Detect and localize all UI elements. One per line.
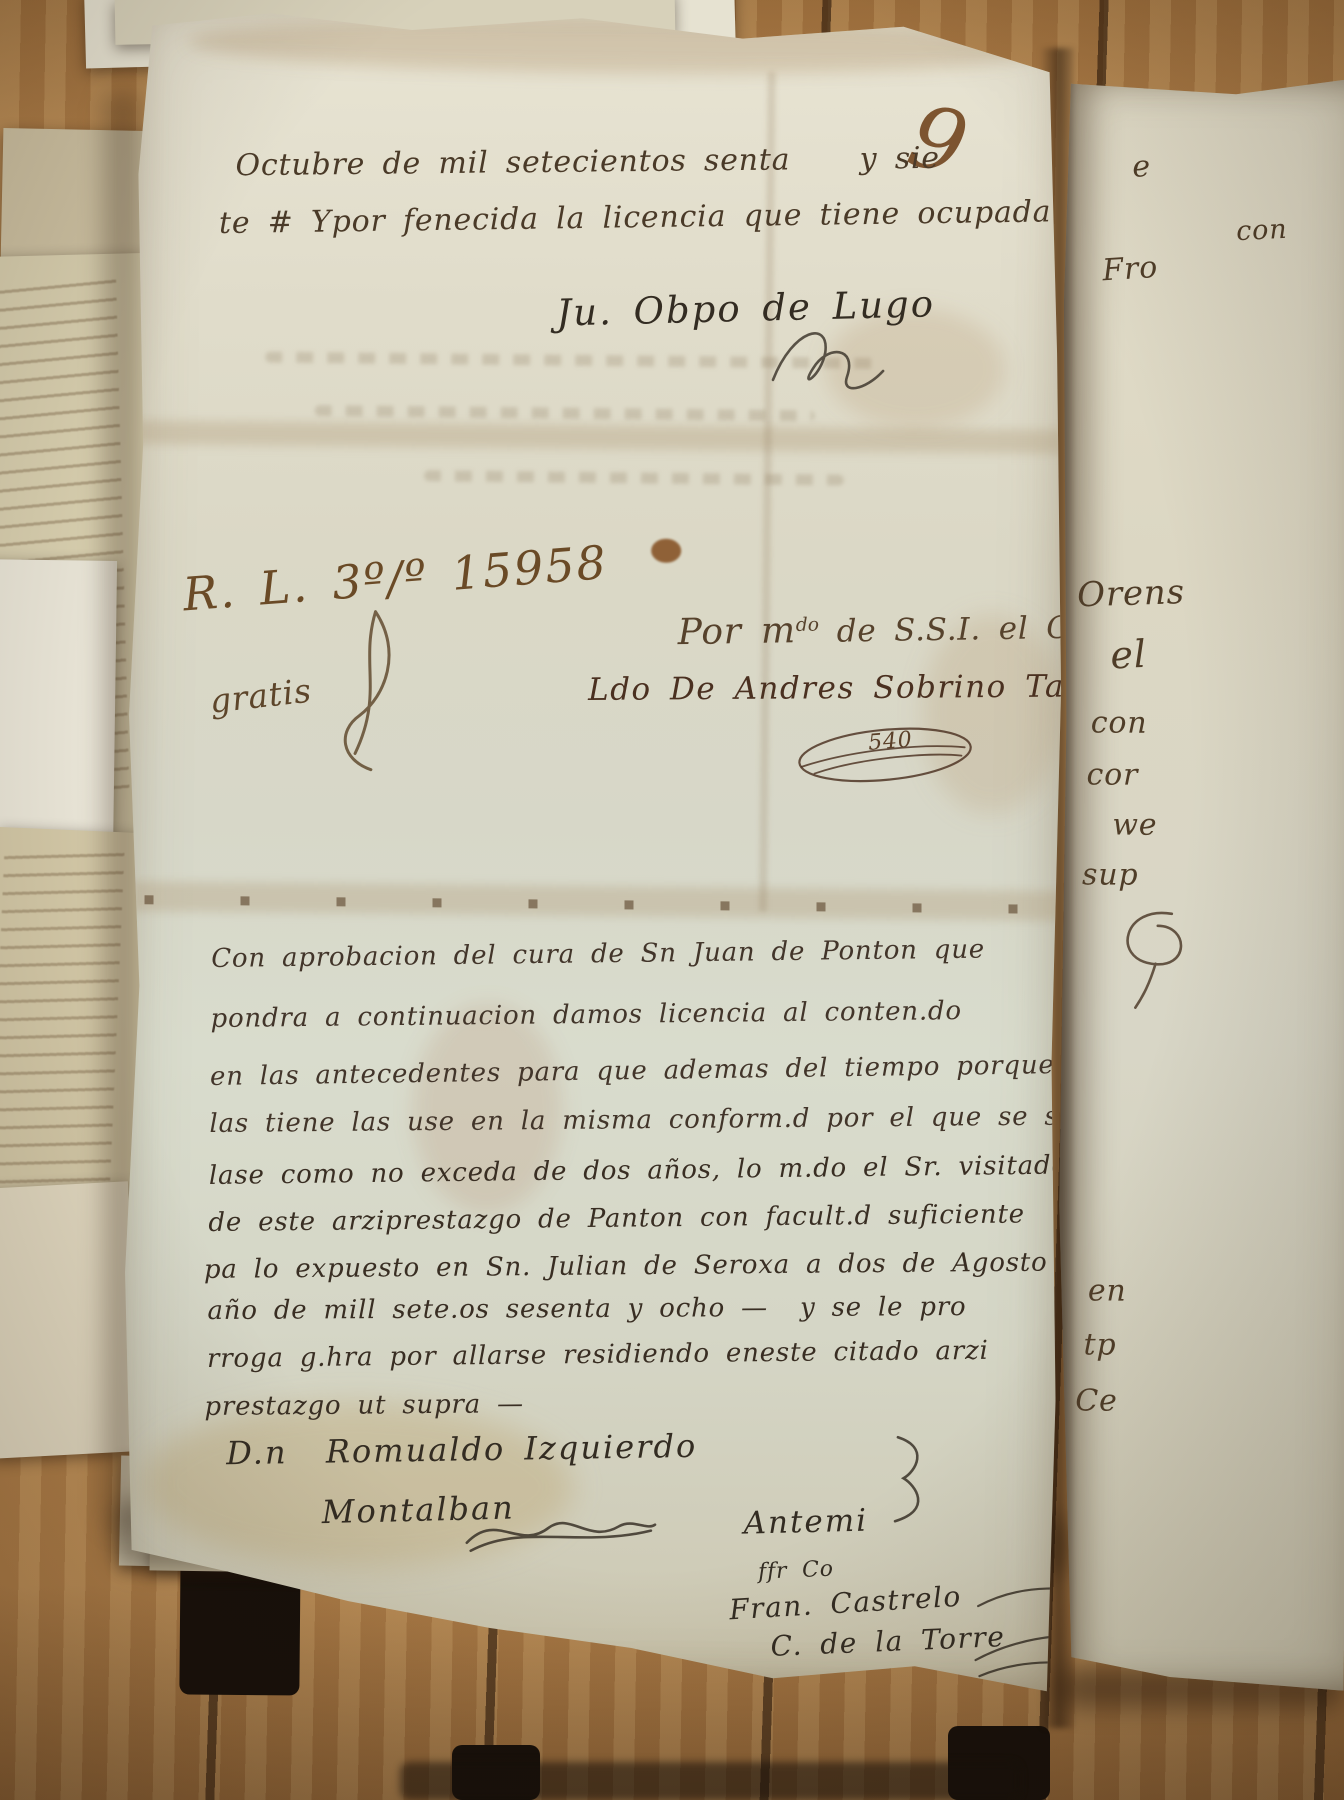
notary-abbreviation: ffr Co <box>758 1557 835 1585</box>
rubric-flourish <box>461 1499 662 1561</box>
oval-rubric-text: 540 <box>867 727 913 755</box>
body-text-line: Con aprobacion del cura de Sn Juan de Po… <box>211 935 985 974</box>
order-text: Por m <box>677 610 796 653</box>
cutoff-text: Ce <box>1075 1383 1117 1418</box>
cutoff-text: con <box>1091 705 1148 740</box>
body-text-line: rroga g.hra por allarse residiendo enest… <box>207 1336 989 1374</box>
cutoff-text: we <box>1112 808 1157 843</box>
body-text-line: en las antecedentes para que ademas del … <box>210 1050 1055 1092</box>
body-text-line: lase como no exceda de dos años, lo m.do… <box>209 1150 1081 1191</box>
rubric-flourish <box>1093 895 1214 1016</box>
visitador-signature: D.n Romualdo Izquierdo <box>226 1427 698 1472</box>
notary-signature: Fran. Castrelo <box>728 1580 962 1627</box>
gratis-label: gratis <box>208 671 314 721</box>
body-text-line: año de mill sete.os sesenta y ocho — y s… <box>207 1292 966 1326</box>
ink-bleedthrough <box>315 405 815 421</box>
rubric-flourish <box>765 310 896 406</box>
order-superscript: do <box>796 615 819 636</box>
cutoff-text: cor <box>1086 757 1138 792</box>
cutoff-text: e <box>1132 149 1152 185</box>
body-text-line: de este arziprestazgo de Panton con facu… <box>208 1199 1025 1238</box>
body-text-line: pondra a continuacion damos licencia al … <box>210 996 962 1034</box>
header-line: Octubre de mil setecientos senta y sie <box>235 141 940 183</box>
cutoff-text: Orens <box>1077 572 1186 615</box>
plank-gap <box>400 1762 1020 1800</box>
ink-bleedthrough <box>424 470 844 485</box>
stain <box>651 539 681 563</box>
cutoff-text: con <box>1235 214 1288 247</box>
manuscript-main-page: 9 Octubre de mil setecientos senta y sie… <box>111 5 1074 1705</box>
cutoff-text: en <box>1088 1273 1127 1308</box>
manuscript-right-page: e con Fro Orens el con cor we sup en tp … <box>1054 77 1344 1690</box>
body-text-line: prestazgo ut supra — <box>204 1389 524 1422</box>
header-line: te # Ypor fenecida la licencia que tiene… <box>219 194 1078 241</box>
photo-scene: e con Fro Orens el con cor we sup en tp … <box>0 0 1344 1800</box>
cutoff-text: sup <box>1082 857 1139 892</box>
stacked-sheet <box>0 559 117 861</box>
body-text-line: pa lo expuesto en Sn. Julian de Seroxa a… <box>204 1247 1098 1285</box>
cutoff-text: Fro <box>1101 250 1159 289</box>
cutoff-text: tp <box>1083 1327 1116 1362</box>
cutoff-text: el <box>1109 632 1147 678</box>
closing-brace-flourish <box>885 1431 941 1527</box>
body-text-line: las tiene las use en la misma conform.d … <box>209 1101 1108 1139</box>
antemi-label: Antemi <box>743 1503 868 1542</box>
rubric-flourish <box>319 603 411 789</box>
